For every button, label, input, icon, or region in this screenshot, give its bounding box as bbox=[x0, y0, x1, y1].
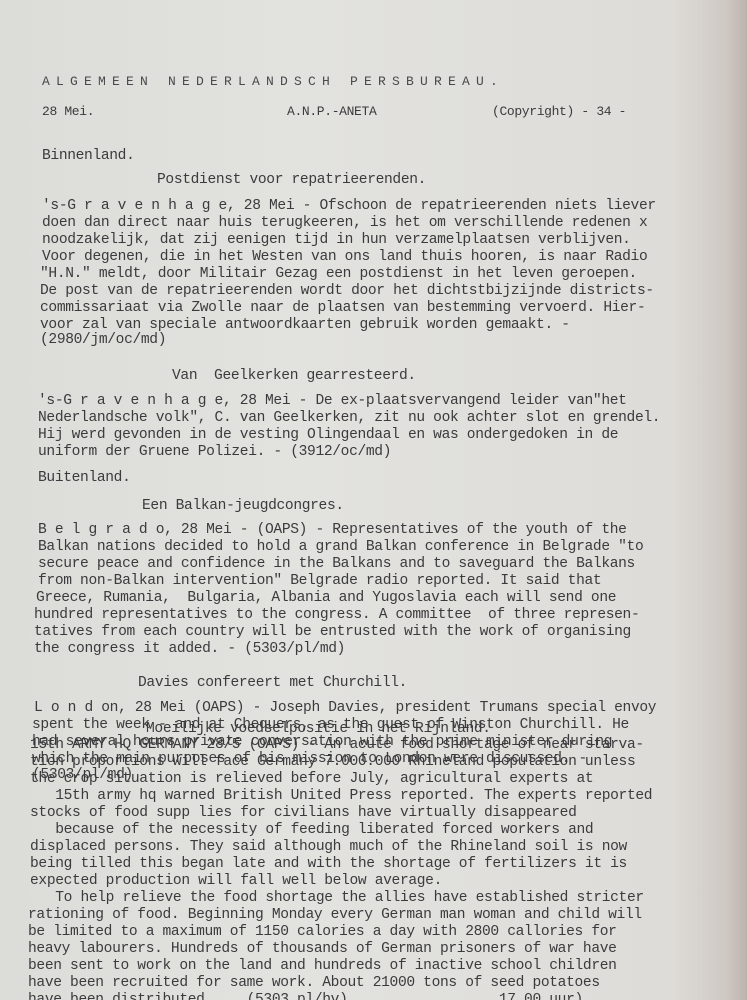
article-title: Moeilijke voedselpositie in het Rijnland… bbox=[146, 721, 491, 737]
article-title: Postdienst voor repatrieerenden. bbox=[157, 172, 426, 188]
article-line: Hij werd gevonden in de vesting Olingend… bbox=[38, 427, 618, 443]
article-title: Een Balkan-jeugdcongres. bbox=[142, 498, 344, 514]
article-line: displaced persons. They said although mu… bbox=[30, 839, 627, 855]
article-line: been sent to work on the land and hundre… bbox=[28, 958, 617, 974]
article-line: L o n d on, 28 Mei (OAPS) - Joseph Davie… bbox=[34, 700, 656, 716]
section-heading-buitenland: Buitenland. bbox=[38, 470, 131, 486]
article-line: noodzakelijk, dat zij eenigen tijd in hu… bbox=[42, 232, 631, 248]
article-line: Nederlandsche volk", C. van Geelkerken, … bbox=[38, 410, 660, 426]
article-line: tion proportions will face Germany 7.000… bbox=[30, 754, 635, 770]
article-line: commissariaat via Zwolle naar de plaatse… bbox=[40, 300, 645, 316]
article-line: hundred representatives to the congress.… bbox=[34, 607, 639, 623]
article-line: rationing of food. Beginning Monday ever… bbox=[28, 907, 642, 923]
article-line: have been recruited for same work. About… bbox=[28, 975, 600, 991]
section-heading-binnenland: Binnenland. bbox=[42, 148, 135, 164]
article-line: uniform der Gruene Polizei. - (3912/oc/m… bbox=[38, 444, 391, 460]
article-line: the congress it added. - (5303/pl/md) bbox=[34, 641, 345, 657]
article-line: Balkan nations decided to hold a grand B… bbox=[38, 539, 643, 555]
article-line: being tilled this began late and with th… bbox=[30, 856, 627, 872]
article-line: Greece, Rumania, Bulgaria, Albania and Y… bbox=[36, 590, 616, 606]
copyright-page-number: (Copyright) - 34 - bbox=[492, 104, 626, 120]
article-title: Van Geelkerken gearresteerd. bbox=[172, 368, 416, 384]
article-line: "H.N." meldt, door Militair Gezag een po… bbox=[40, 266, 637, 282]
article-line: heavy labourers. Hundreds of thousands o… bbox=[28, 941, 617, 957]
article-line: tatives from each country will be entrus… bbox=[34, 624, 631, 640]
article-line: doen dan direct naar huis terugkeeren, i… bbox=[42, 215, 647, 231]
article-title: Davies confereert met Churchill. bbox=[138, 675, 407, 691]
article-ref: (2980/jm/oc/md) bbox=[40, 332, 166, 348]
source-label: A.N.P.-ANETA bbox=[287, 104, 376, 120]
article-line: 15th army hq warned British United Press… bbox=[30, 788, 652, 804]
article-line: because of the necessity of feeding libe… bbox=[30, 822, 593, 838]
article-line: secure peace and confidence in the Balka… bbox=[38, 556, 635, 572]
article-line: the crop situation is relieved before Ju… bbox=[30, 771, 593, 787]
typewritten-page: ALGEMEEN NEDERLANDSCH PERSBUREAU. 28 Mei… bbox=[0, 0, 747, 1000]
article-line: 's-G r a v e n h a g e, 28 Mei - Ofschoo… bbox=[42, 198, 656, 214]
article-line: De post van de repatrieerenden wordt doo… bbox=[40, 283, 654, 299]
article-line: To help relieve the food shortage the al… bbox=[30, 890, 644, 906]
article-line: have been distributed. (5303 pl/hv) 17.0… bbox=[28, 992, 583, 1000]
article-line: be limited to a maximum of 1150 calories… bbox=[28, 924, 617, 940]
article-line: from non-Balkan intervention" Belgrade r… bbox=[38, 573, 601, 589]
article-line: stocks of food supp lies for civilians h… bbox=[30, 805, 577, 821]
article-line: 15th ARMY HQ GERMANY 28/5 (OAPS) - An ac… bbox=[30, 737, 644, 753]
agency-header: ALGEMEEN NEDERLANDSCH PERSBUREAU. bbox=[42, 74, 504, 90]
article-line: voor zal van speciale antwoordkaarten ge… bbox=[40, 317, 570, 333]
article-line: expected production will fall well below… bbox=[30, 873, 442, 889]
date-label: 28 Mei. bbox=[42, 104, 94, 120]
article-line: Voor degenen, die in het Westen van ons … bbox=[42, 249, 647, 265]
article-line: B e l g r a d o, 28 Mei - (OAPS) - Repre… bbox=[38, 522, 627, 538]
article-line: 's-G r a v e n h a g e, 28 Mei - De ex-p… bbox=[38, 393, 627, 409]
